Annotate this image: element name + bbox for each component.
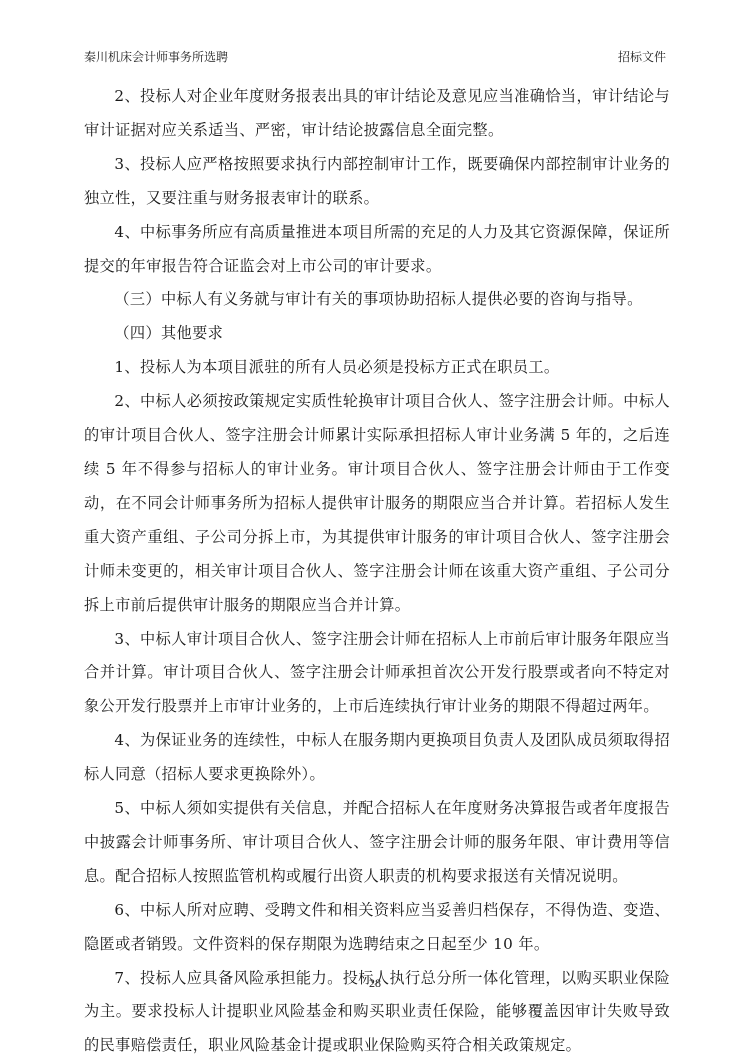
other-req-item-6: 6、中标人所对应聘、受聘文件和相关资料应当妥善归档保存，不得伪造、变造、隐匿或者… xyxy=(84,894,670,962)
header-title: 秦川机床会计师事务所选聘 xyxy=(84,48,228,65)
document-body: 2、投标人对企业年度财务报表出具的审计结论及意见应当准确恰当，审计结论与审计证据… xyxy=(84,80,670,1060)
header-doc-type: 招标文件 xyxy=(618,48,666,65)
paragraph-item-3: 3、投标人应严格按照要求执行内部控制审计工作，既要确保内部控制审计业务的独立性，… xyxy=(84,148,670,216)
other-req-item-2: 2、中标人必须按政策规定实质性轮换审计项目合伙人、签字注册会计师。中标人的审计项… xyxy=(84,385,670,622)
page-header: 秦川机床会计师事务所选聘 招标文件 xyxy=(84,48,666,66)
document-page: 秦川机床会计师事务所选聘 招标文件 2、投标人对企业年度财务报表出具的审计结论及… xyxy=(0,0,750,1060)
page-number: 28 xyxy=(0,976,750,991)
paragraph-item-4: 4、中标事务所应有高质量推进本项目所需的充足的人力及其它资源保障，保证所提交的年… xyxy=(84,216,670,284)
section-three-heading: （三）中标人有义务就与审计有关的事项协助招标人提供必要的咨询与指导。 xyxy=(84,283,670,317)
other-req-item-1: 1、投标人为本项目派驻的所有人员必须是投标方正式在职员工。 xyxy=(84,351,670,385)
other-req-item-5: 5、中标人须如实提供有关信息，并配合招标人在年度财务决算报告或者年度报告中披露会… xyxy=(84,792,670,894)
other-req-item-4: 4、为保证业务的连续性，中标人在服务期内更换项目负责人及团队成员须取得招标人同意… xyxy=(84,724,670,792)
other-req-item-3: 3、中标人审计项目合伙人、签字注册会计师在招标人上市前后审计服务年限应当合并计算… xyxy=(84,623,670,725)
paragraph-item-2: 2、投标人对企业年度财务报表出具的审计结论及意见应当准确恰当，审计结论与审计证据… xyxy=(84,80,670,148)
section-four-heading: （四）其他要求 xyxy=(84,317,670,351)
